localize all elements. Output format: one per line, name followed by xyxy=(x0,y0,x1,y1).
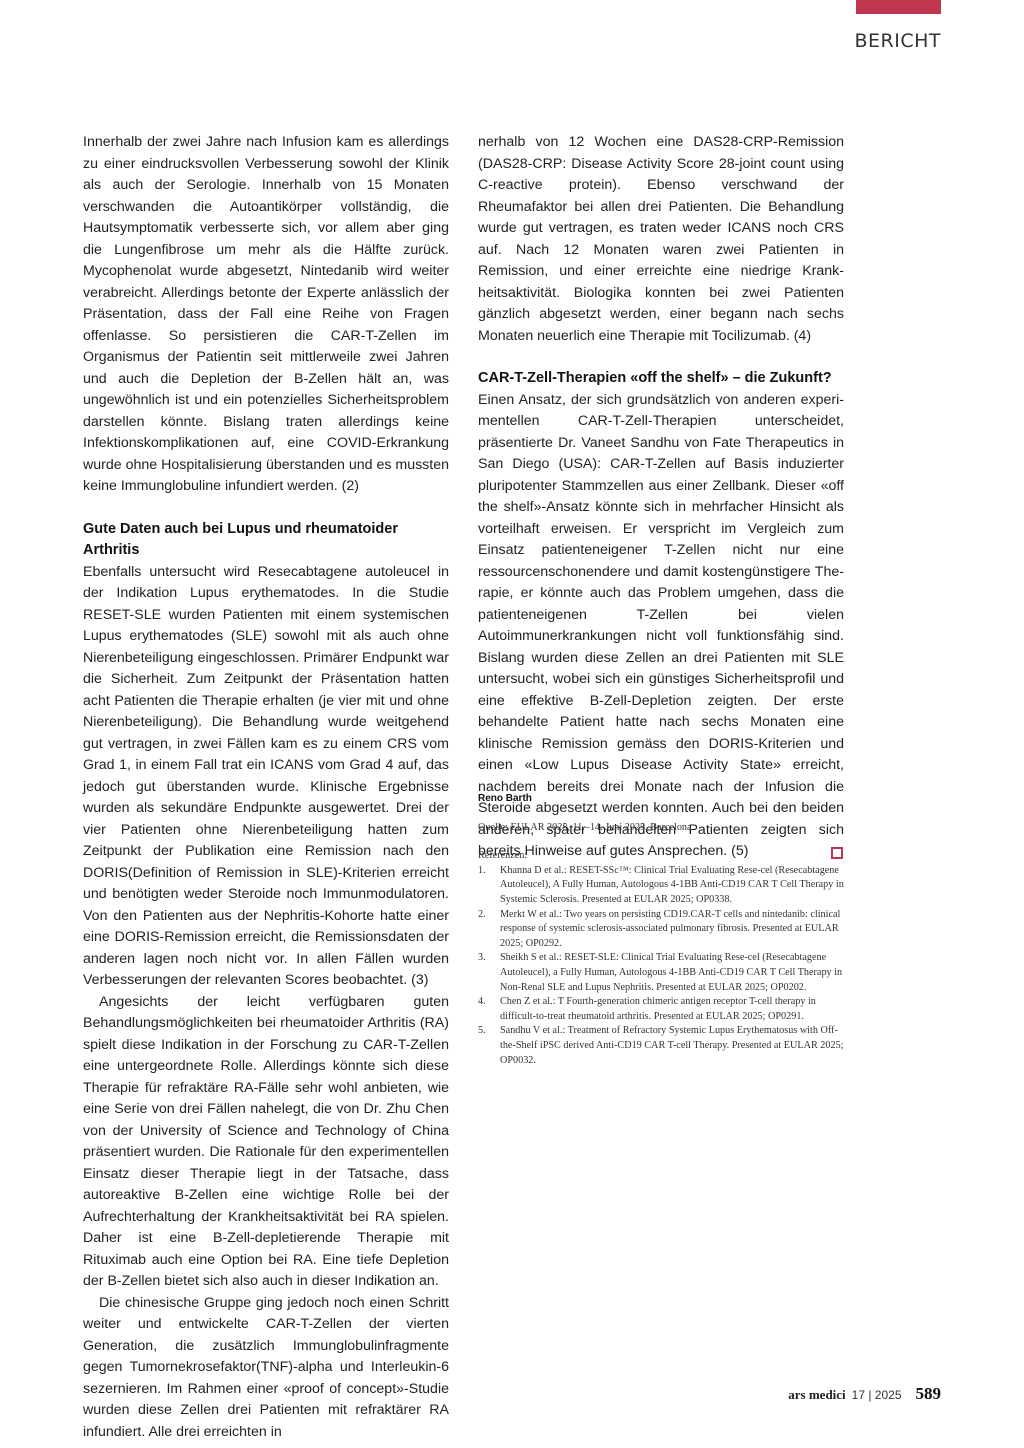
reference-text: Sandhu V et al.: Treatment of Refractory… xyxy=(500,1024,844,1068)
reference-text: Merkt W et al.: Two years on persisting … xyxy=(500,908,844,952)
reference-item: 5.Sandhu V et al.: Treatment of Refracto… xyxy=(478,1024,844,1068)
reference-item: 4.Chen Z et al.: T Fourth-generation chi… xyxy=(478,995,844,1024)
body-paragraph: Die chinesische Gruppe ging jedoch noch … xyxy=(83,1293,449,1444)
left-column: Innerhalb der zwei Jahre nach Infusion k… xyxy=(83,132,449,1443)
right-column: nerhalb von 12 Wochen eine DAS28-CRP-Rem… xyxy=(478,132,844,863)
reference-number: 5. xyxy=(478,1024,500,1068)
reference-item: 3.Sheikh S et al.: RESET-SLE: Clinical T… xyxy=(478,951,844,995)
issue-number: 17 | 2025 xyxy=(852,1388,902,1402)
reference-number: 1. xyxy=(478,864,500,908)
body-paragraph: nerhalb von 12 Wochen eine DAS28-CRP-Rem… xyxy=(478,132,844,347)
author: Reno Barth xyxy=(478,792,844,807)
reference-item: 2.Merkt W et al.: Two years on persistin… xyxy=(478,908,844,952)
page-number: 589 xyxy=(916,1384,942,1404)
reference-number: 4. xyxy=(478,995,500,1024)
body-paragraph-text: Einen Ansatz, der sich grundsätzlich von… xyxy=(478,392,844,860)
reference-number: 3. xyxy=(478,951,500,995)
section-label: BERICHT xyxy=(854,30,941,52)
source: Quelle: EULAR 2025, 11.–14. Juni 2025, B… xyxy=(478,821,844,836)
header-accent-bar xyxy=(856,0,941,14)
body-paragraph: Ebenfalls untersucht wird Resecabtagene … xyxy=(83,562,449,992)
references-title: Referenzen: xyxy=(478,849,844,864)
references-list: 1.Khanna D et al.: RESET-SSc™: Clinical … xyxy=(478,864,844,1068)
reference-text: Sheikh S et al.: RESET-SLE: Clinical Tri… xyxy=(500,951,844,995)
journal-name: ars medici xyxy=(788,1387,845,1403)
reference-item: 1.Khanna D et al.: RESET-SSc™: Clinical … xyxy=(478,864,844,908)
body-paragraph: Angesichts der leicht verfügbaren guten … xyxy=(83,992,449,1293)
reference-number: 2. xyxy=(478,908,500,952)
reference-text: Chen Z et al.: T Fourth-generation chime… xyxy=(500,995,844,1024)
reference-text: Khanna D et al.: RESET-SSc™: Clinical Tr… xyxy=(500,864,844,908)
section-heading: Gute Daten auch bei Lupus und rheumatoid… xyxy=(83,519,449,562)
page-footer: ars medici 17 | 2025 589 xyxy=(788,1384,941,1404)
body-paragraph: Innerhalb der zwei Jahre nach Infusion k… xyxy=(83,132,449,498)
section-heading: CAR-T-Zell-Therapien «off the shelf» – d… xyxy=(478,368,844,390)
article-meta: Reno Barth Quelle: EULAR 2025, 11.–14. J… xyxy=(478,792,844,1068)
